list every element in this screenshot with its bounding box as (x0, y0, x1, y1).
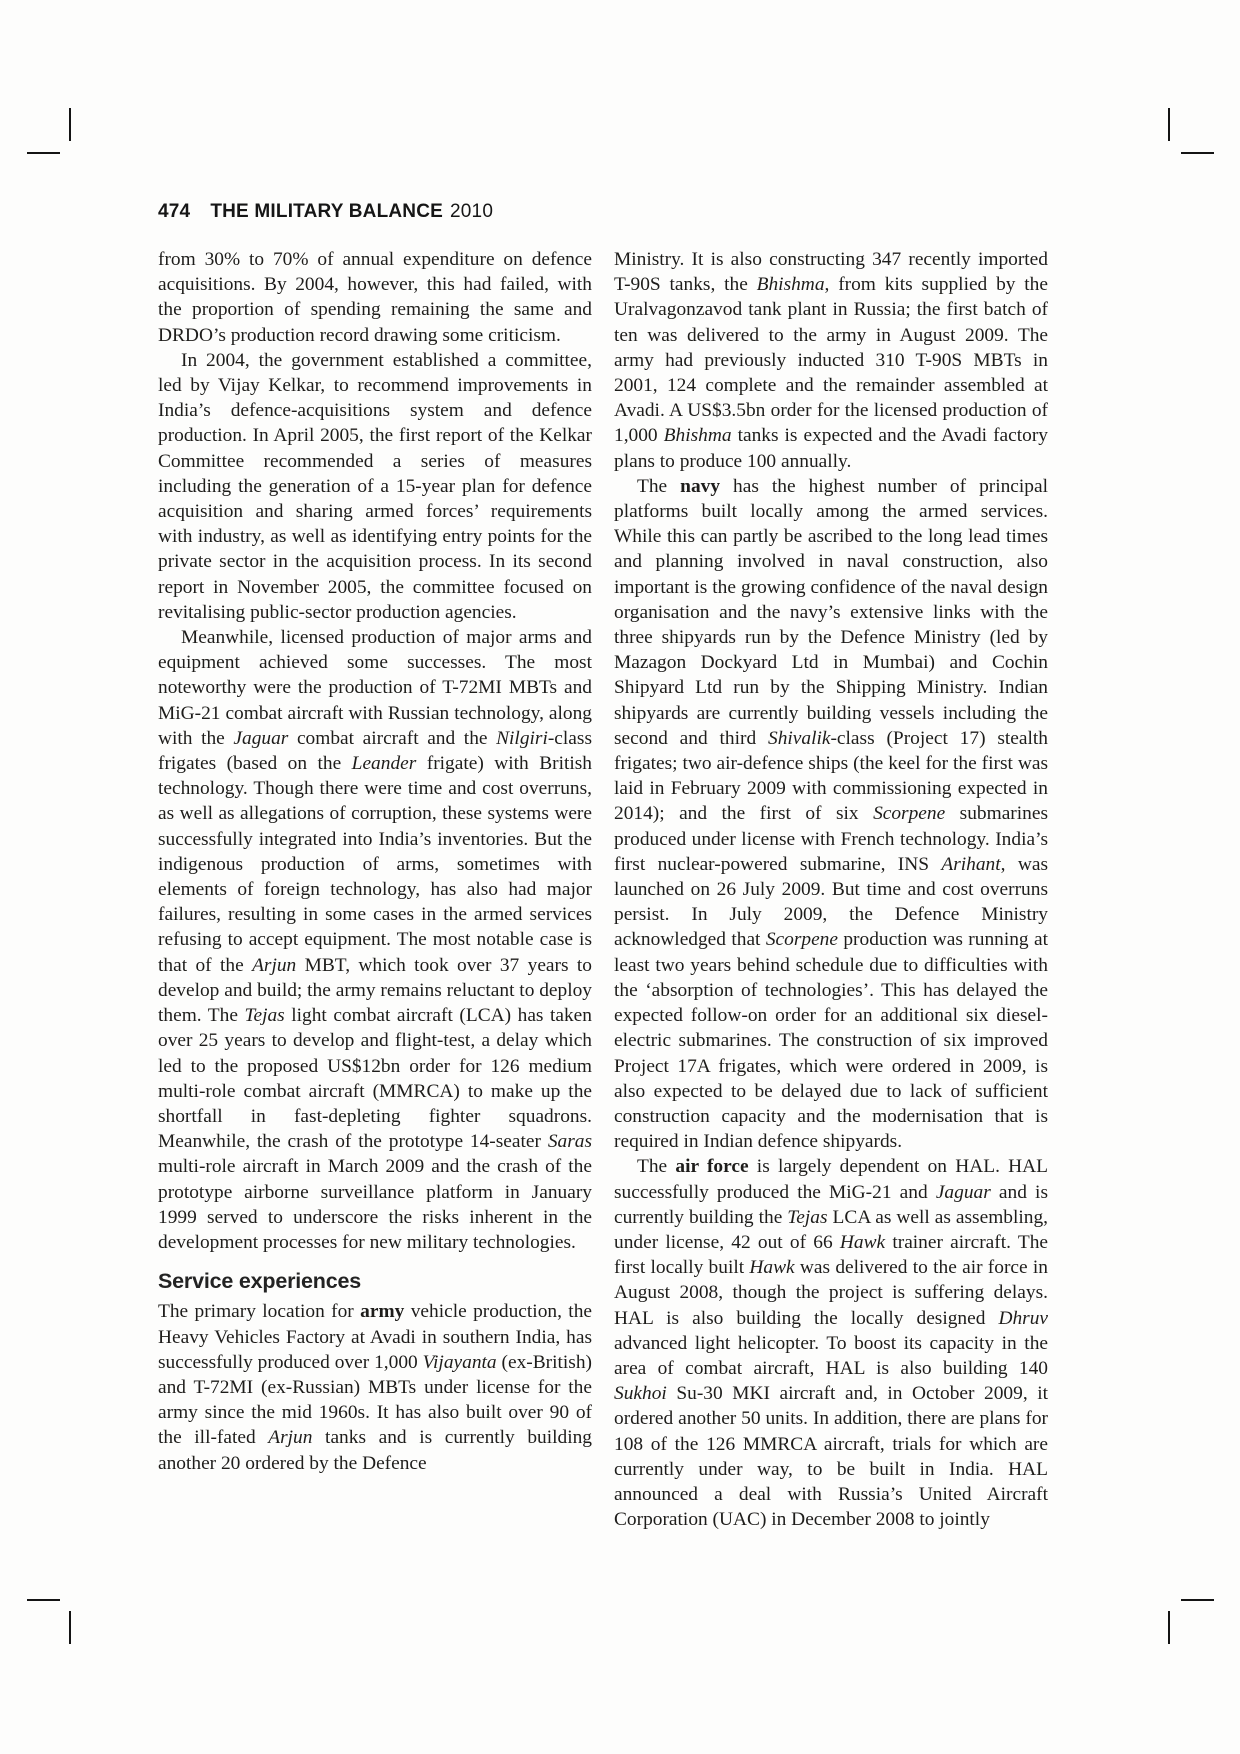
italic-run: Hawk (840, 1232, 885, 1253)
bold-run: army (360, 1301, 404, 1322)
bold-run: navy (680, 476, 720, 497)
italic-run: Saras (548, 1131, 592, 1152)
crop-mark-bottom-right-vertical (1168, 1611, 1170, 1644)
bold-run: air force (675, 1156, 748, 1177)
crop-mark-top-right-horizontal (1181, 152, 1214, 154)
crop-mark-top-left-vertical (69, 108, 71, 141)
paragraph: In 2004, the government established a co… (158, 348, 592, 625)
crop-mark-bottom-right-horizontal (1181, 1599, 1214, 1601)
running-head: 474THE MILITARY BALANCE2010 (158, 201, 493, 223)
italic-run: Scorpene (873, 803, 945, 824)
crop-mark-top-right-vertical (1168, 108, 1170, 141)
running-head-year: 2010 (450, 201, 493, 222)
paragraph: The navy has the highest number of princ… (614, 474, 1048, 1154)
section-heading: Service experiences (158, 1269, 592, 1294)
italic-run: Hawk (749, 1257, 794, 1278)
italic-run: Arihant (941, 854, 1000, 875)
text-run: In 2004, the government established a co… (158, 350, 592, 623)
text-run: Su-30 MKI aircraft and, in October 2009,… (614, 1383, 1048, 1530)
text-run: production was running at least two year… (614, 929, 1048, 1152)
text-run: frigate) with British technology. Though… (158, 753, 592, 976)
italic-run: Vijayanta (423, 1352, 497, 1373)
text-run: from 30% to 70% of annual expenditure on… (158, 249, 592, 346)
crop-mark-bottom-left-horizontal (27, 1599, 60, 1601)
running-head-title: THE MILITARY BALANCE (210, 201, 443, 222)
text-run: multi-role aircraft in March 2009 and th… (158, 1156, 592, 1253)
crop-mark-bottom-left-vertical (69, 1611, 71, 1644)
italic-run: Leander (352, 753, 417, 774)
italic-run: Bhishma (664, 425, 732, 446)
text-run: The (637, 1156, 675, 1177)
scanned-book-page: { "page": { "number": "474", "title": "T… (0, 0, 1240, 1754)
text-run: The primary location for (158, 1301, 360, 1322)
crop-mark-top-left-horizontal (27, 152, 60, 154)
left-text-column: from 30% to 70% of annual expenditure on… (158, 247, 592, 1476)
text-run: light combat aircraft (LCA) has taken ov… (158, 1005, 592, 1152)
italic-run: Scorpene (766, 929, 838, 950)
italic-run: Sukhoi (614, 1383, 667, 1404)
paragraph: The air force is largely dependent on HA… (614, 1154, 1048, 1532)
text-run: advanced light helicopter. To boost its … (614, 1333, 1048, 1379)
italic-run: Arjun (268, 1427, 312, 1448)
paragraph: The primary location for army vehicle pr… (158, 1299, 592, 1475)
italic-run: Shivalik (768, 728, 830, 749)
text-run: combat aircraft and the (288, 728, 496, 749)
right-text-column: Ministry. It is also constructing 347 re… (614, 247, 1048, 1532)
text-run: has the highest number of principal plat… (614, 476, 1048, 749)
italic-run: Nilgiri (496, 728, 548, 749)
italic-run: Dhruv (998, 1308, 1048, 1329)
paragraph: Ministry. It is also constructing 347 re… (614, 247, 1048, 474)
italic-run: Jaguar (233, 728, 288, 749)
paragraph: Meanwhile, licensed production of major … (158, 625, 592, 1255)
italic-run: Tejas (244, 1005, 284, 1026)
italic-run: Bhishma (757, 274, 825, 295)
text-run: The (637, 476, 680, 497)
italic-run: Tejas (787, 1207, 827, 1228)
italic-run: Jaguar (936, 1182, 991, 1203)
paragraph: from 30% to 70% of annual expenditure on… (158, 247, 592, 348)
italic-run: Arjun (252, 955, 296, 976)
text-run: , from kits supplied by the Uralvagonzav… (614, 274, 1048, 446)
page-number: 474 (158, 201, 190, 222)
